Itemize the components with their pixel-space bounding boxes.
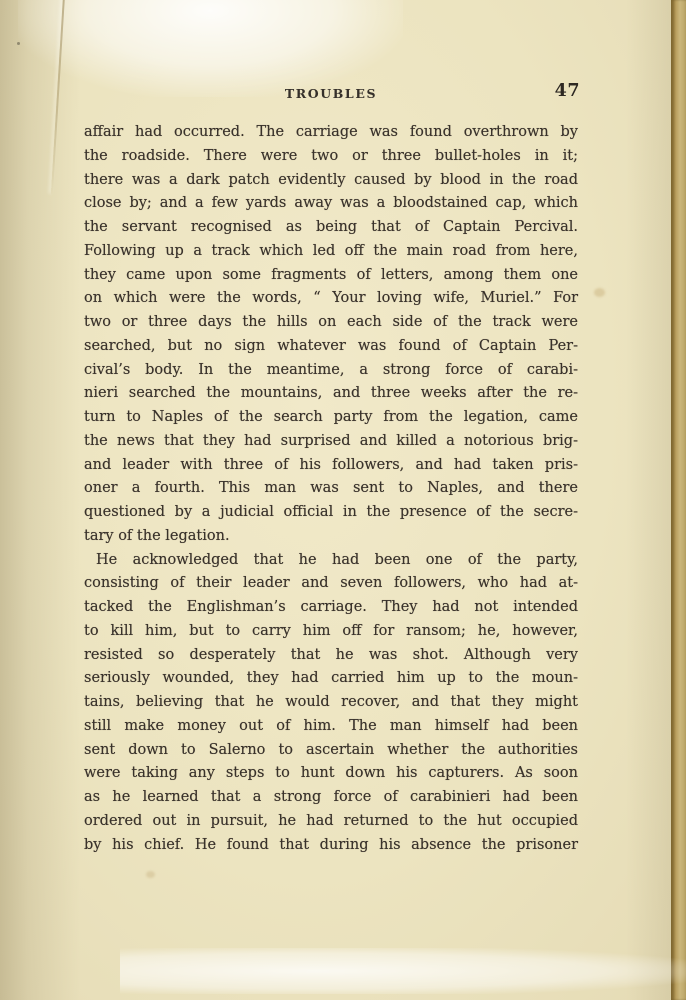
scan-glare-bottom: [120, 948, 686, 994]
text-line: Following up a track which led off the m…: [84, 240, 578, 264]
text-line-paragraph-end: tary of the legation.: [84, 525, 578, 549]
text-line: turn to Naples of the search party from …: [84, 406, 578, 430]
text-line: they came upon some fragments of letters…: [84, 264, 578, 288]
text-line: the news that they had surprised and kil…: [84, 430, 578, 454]
page-edge-strip: [671, 0, 686, 1000]
text-line: as he learned that a strong force of car…: [84, 786, 578, 810]
text-line: the roadside. There were two or three bu…: [84, 145, 578, 169]
paper-speck: [594, 288, 605, 297]
text-line: on which were the words, “ Your loving w…: [84, 287, 578, 311]
text-line: to kill him, but to carry him off for ra…: [84, 620, 578, 644]
text-line-paragraph-start: He acknowledged that he had been one of …: [84, 549, 578, 573]
text-line: two or three days the hills on each side…: [84, 311, 578, 335]
text-line: were taking any steps to hunt down his c…: [84, 762, 578, 786]
text-line: affair had occurred. The carriage was fo…: [84, 121, 578, 145]
text-line: by his chief. He found that during his a…: [84, 834, 578, 858]
right-inner-shadow: [626, 0, 671, 1000]
text-line: ordered out in pursuit, he had returned …: [84, 810, 578, 834]
text-line: cival’s body. In the meantime, a strong …: [84, 359, 578, 383]
text-line: seriously wounded, they had carried him …: [84, 667, 578, 691]
text-line: sent down to Salerno to ascertain whethe…: [84, 739, 578, 763]
text-line: consisting of their leader and seven fol…: [84, 572, 578, 596]
text-line: still make money out of him. The man him…: [84, 715, 578, 739]
text-line: resisted so desperately that he was shot…: [84, 644, 578, 668]
body-text-block: affair had occurred. The carriage was fo…: [84, 121, 578, 857]
book-page: TROUBLES 47 affair had occurred. The car…: [0, 0, 686, 1000]
text-line: tacked the Englishman’s carriage. They h…: [84, 596, 578, 620]
text-line: and leader with three of his followers, …: [84, 454, 578, 478]
text-line: close by; and a few yards away was a blo…: [84, 192, 578, 216]
text-line: searched, but no sign whatever was found…: [84, 335, 578, 359]
text-line: there was a dark patch evidently caused …: [84, 169, 578, 193]
text-line: questioned by a judicial official in the…: [84, 501, 578, 525]
paper-speck: [146, 871, 155, 878]
gutter-shadow: [0, 0, 80, 1000]
page-number: 47: [555, 81, 580, 101]
text-line: oner a fourth. This man was sent to Napl…: [84, 477, 578, 501]
running-title: TROUBLES: [84, 86, 578, 101]
text-line: nieri searched the mountains, and three …: [84, 382, 578, 406]
paper-speck: [17, 42, 20, 45]
text-line: tains, believing that he would recover, …: [84, 691, 578, 715]
text-line: the servant recognised as being that of …: [84, 216, 578, 240]
scan-glare-top: [18, 0, 403, 97]
